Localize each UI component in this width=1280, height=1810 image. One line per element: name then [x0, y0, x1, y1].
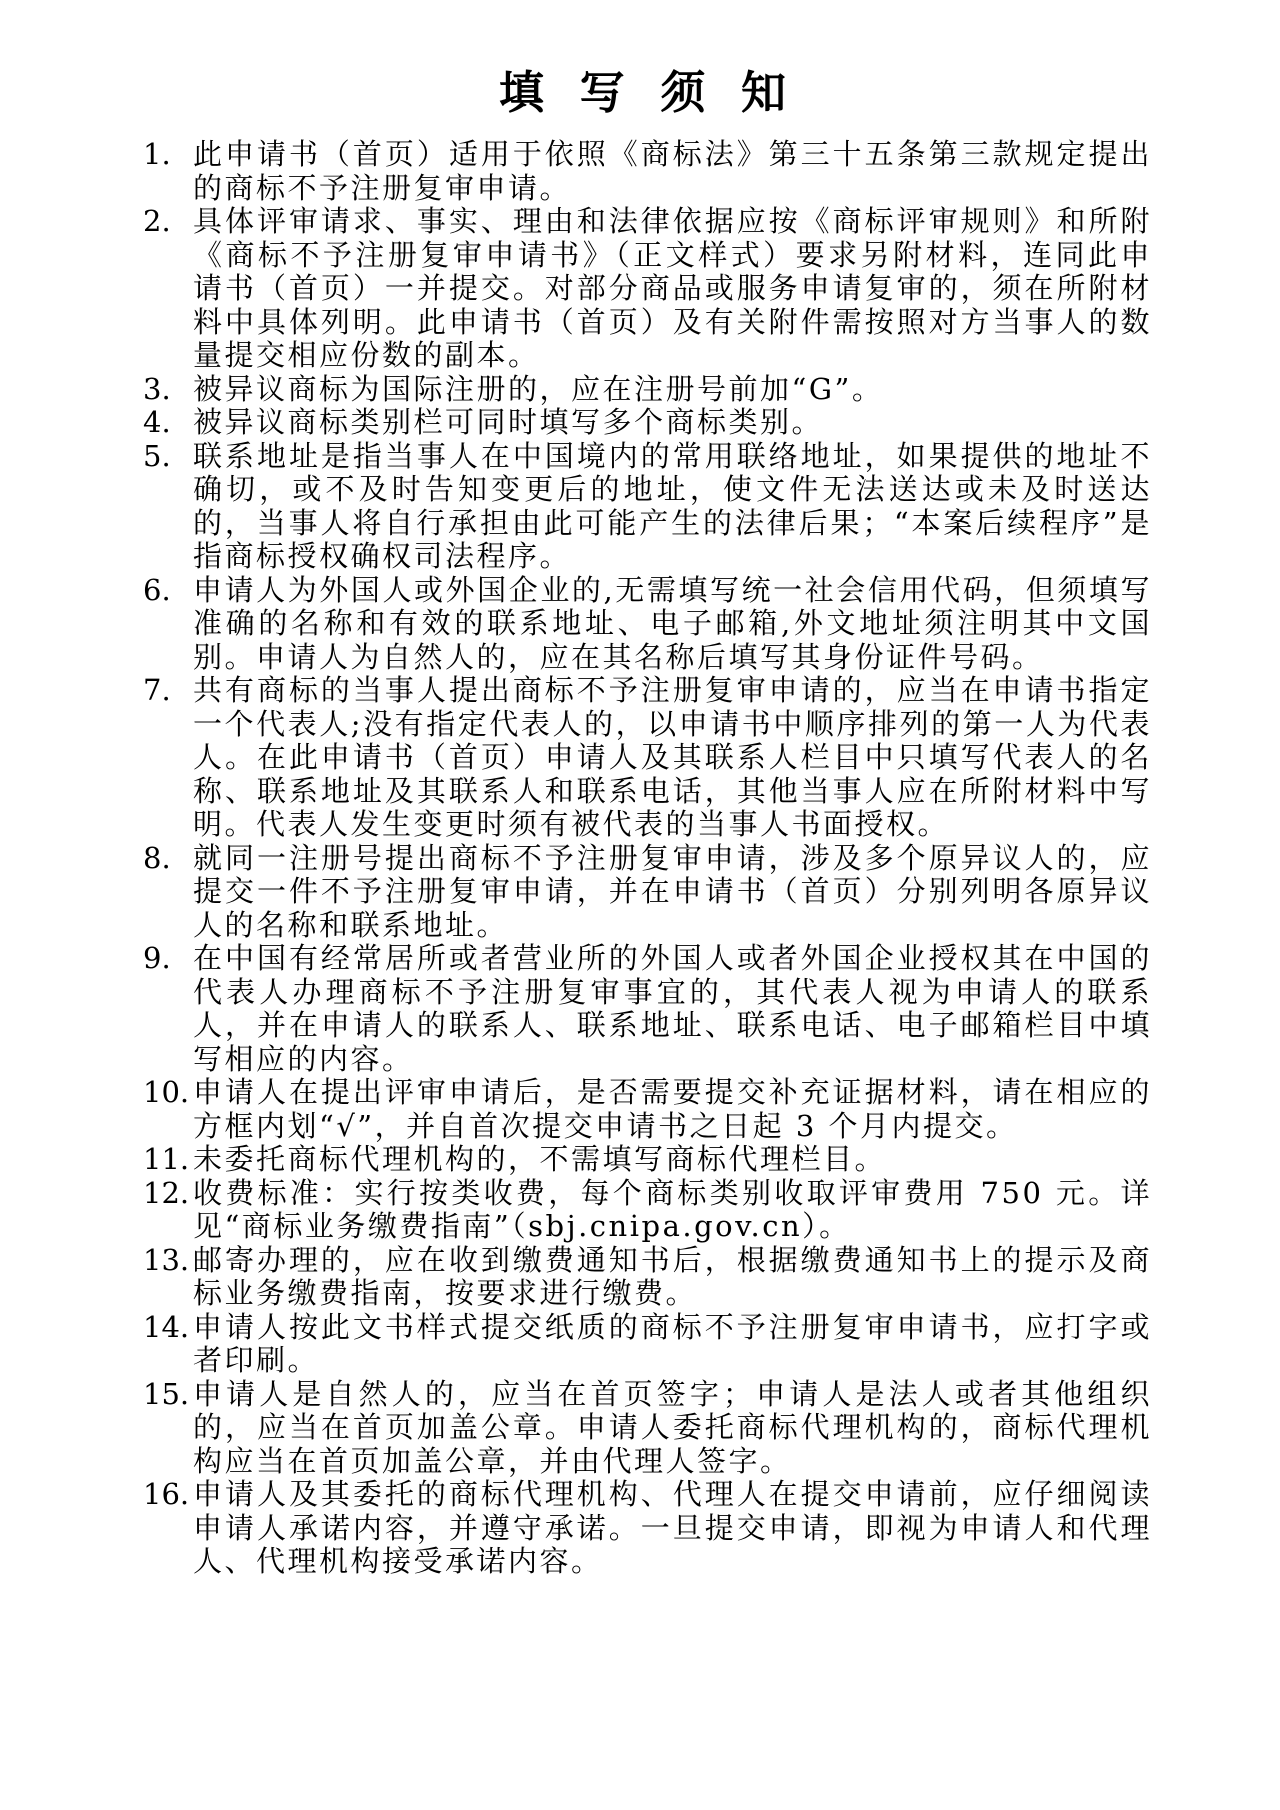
item-number: 10.	[143, 1076, 193, 1110]
item-number: 3.	[143, 373, 193, 407]
instruction-item-15: 15. 申请人是自然人的，应当在首页签字；申请人是法人或者其他组织的，应当在首页…	[143, 1378, 1152, 1479]
item-text: 申请人及其委托的商标代理机构、代理人在提交申请前，应仔细阅读申请人承诺内容，并遵…	[193, 1478, 1152, 1579]
instruction-item-5: 5. 联系地址是指当事人在中国境内的常用联络地址，如果提供的地址不确切，或不及时…	[143, 440, 1152, 574]
item-text: 邮寄办理的，应在收到缴费通知书后，根据缴费通知书上的提示及商标业务缴费指南，按要…	[193, 1244, 1152, 1311]
item-number: 9.	[143, 942, 193, 976]
item-number: 13.	[143, 1244, 193, 1278]
item-text: 申请人按此文书样式提交纸质的商标不予注册复审申请书，应打字或者印刷。	[193, 1311, 1152, 1378]
item-number: 11.	[143, 1143, 193, 1177]
item-number: 4.	[143, 406, 193, 440]
item-number: 2.	[143, 205, 193, 239]
instruction-item-10: 10. 申请人在提出评审申请后，是否需要提交补充证据材料，请在相应的方框内划“√…	[143, 1076, 1152, 1143]
item-number: 6.	[143, 574, 193, 608]
item-text: 申请人在提出评审申请后，是否需要提交补充证据材料，请在相应的方框内划“√”，并自…	[193, 1076, 1152, 1143]
instruction-item-2: 2. 具体评审请求、事实、理由和法律依据应按《商标评审规则》和所附《商标不予注册…	[143, 205, 1152, 373]
item-text: 被异议商标类别栏可同时填写多个商标类别。	[193, 406, 1152, 440]
item-number: 14.	[143, 1311, 193, 1345]
item-text: 被异议商标为国际注册的，应在注册号前加“G”。	[193, 373, 1152, 407]
instruction-item-12: 12. 收费标准：实行按类收费，每个商标类别收取评审费用 750 元。详见“商标…	[143, 1177, 1152, 1244]
instruction-item-8: 8. 就同一注册号提出商标不予注册复审申请，涉及多个原异议人的，应提交一件不予注…	[143, 842, 1152, 943]
item-text: 收费标准：实行按类收费，每个商标类别收取评审费用 750 元。详见“商标业务缴费…	[193, 1177, 1152, 1244]
item-text: 未委托商标代理机构的，不需填写商标代理栏目。	[193, 1143, 1152, 1177]
instruction-item-6: 6. 申请人为外国人或外国企业的,无需填写统一社会信用代码，但须填写准确的名称和…	[143, 574, 1152, 675]
item-text: 申请人是自然人的，应当在首页签字；申请人是法人或者其他组织的，应当在首页加盖公章…	[193, 1378, 1152, 1479]
instruction-item-14: 14. 申请人按此文书样式提交纸质的商标不予注册复审申请书，应打字或者印刷。	[143, 1311, 1152, 1378]
instruction-item-9: 9. 在中国有经常居所或者营业所的外国人或者外国企业授权其在中国的代表人办理商标…	[143, 942, 1152, 1076]
item-text: 申请人为外国人或外国企业的,无需填写统一社会信用代码，但须填写准确的名称和有效的…	[193, 574, 1152, 675]
item-number: 12.	[143, 1177, 193, 1211]
instruction-item-7: 7. 共有商标的当事人提出商标不予注册复审申请的，应当在申请书指定一个代表人;没…	[143, 674, 1152, 842]
instruction-item-16: 16. 申请人及其委托的商标代理机构、代理人在提交申请前，应仔细阅读申请人承诺内…	[143, 1478, 1152, 1579]
instruction-item-11: 11. 未委托商标代理机构的，不需填写商标代理栏目。	[143, 1143, 1152, 1177]
item-number: 8.	[143, 842, 193, 876]
item-text: 共有商标的当事人提出商标不予注册复审申请的，应当在申请书指定一个代表人;没有指定…	[193, 674, 1152, 842]
item-number: 5.	[143, 440, 193, 474]
item-number: 16.	[143, 1478, 193, 1512]
item-text: 此申请书（首页）适用于依照《商标法》第三十五条第三款规定提出的商标不予注册复审申…	[193, 138, 1152, 205]
instruction-item-1: 1. 此申请书（首页）适用于依照《商标法》第三十五条第三款规定提出的商标不予注册…	[143, 138, 1152, 205]
instruction-item-4: 4. 被异议商标类别栏可同时填写多个商标类别。	[143, 406, 1152, 440]
item-text: 联系地址是指当事人在中国境内的常用联络地址，如果提供的地址不确切，或不及时告知变…	[193, 440, 1152, 574]
instruction-item-3: 3. 被异议商标为国际注册的，应在注册号前加“G”。	[143, 373, 1152, 407]
instruction-item-13: 13. 邮寄办理的，应在收到缴费通知书后，根据缴费通知书上的提示及商标业务缴费指…	[143, 1244, 1152, 1311]
document-page: 填 写 须 知 1. 此申请书（首页）适用于依照《商标法》第三十五条第三款规定提…	[0, 0, 1280, 1810]
item-text: 在中国有经常居所或者营业所的外国人或者外国企业授权其在中国的代表人办理商标不予注…	[193, 942, 1152, 1076]
item-text: 就同一注册号提出商标不予注册复审申请，涉及多个原异议人的，应提交一件不予注册复审…	[193, 842, 1152, 943]
item-number: 15.	[143, 1378, 193, 1412]
item-number: 7.	[143, 674, 193, 708]
page-title: 填 写 须 知	[143, 64, 1152, 122]
item-text: 具体评审请求、事实、理由和法律依据应按《商标评审规则》和所附《商标不予注册复审申…	[193, 205, 1152, 373]
item-number: 1.	[143, 138, 193, 172]
instruction-list: 1. 此申请书（首页）适用于依照《商标法》第三十五条第三款规定提出的商标不予注册…	[143, 138, 1152, 1579]
